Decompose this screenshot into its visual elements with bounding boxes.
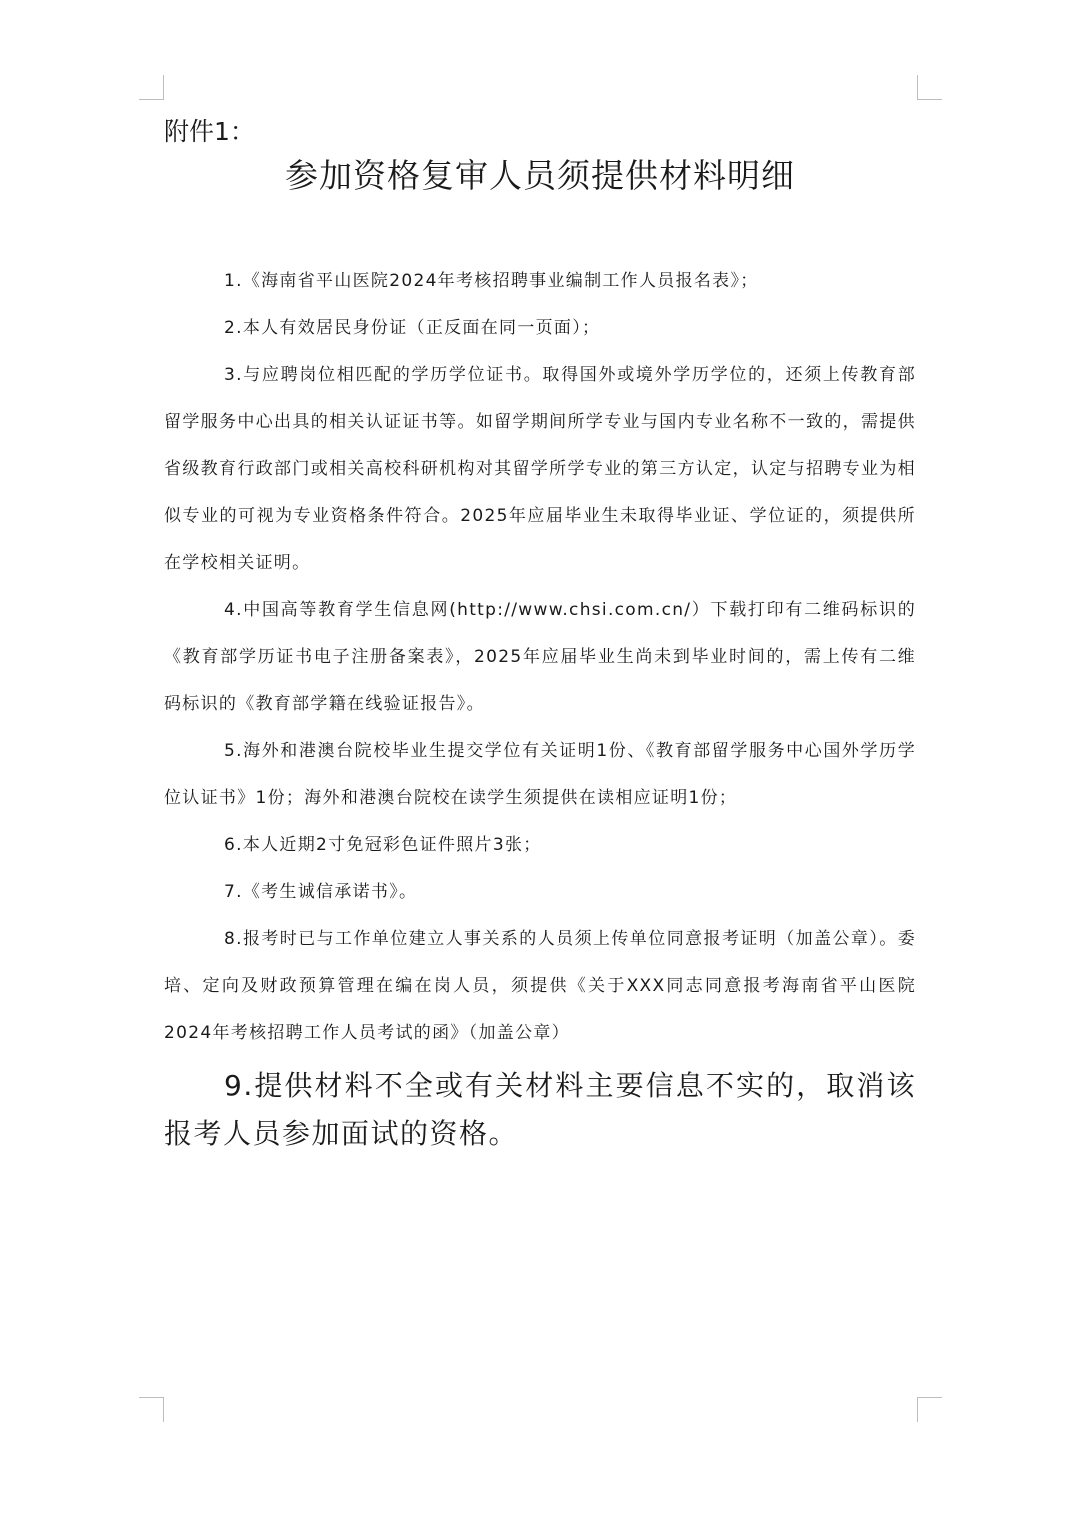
list-item: 6.本人近期2寸免冠彩色证件照片3张；	[164, 822, 916, 869]
page-corner-mark-bottom-right	[917, 1397, 942, 1422]
list-item: 4.中国高等教育学生信息网(http://www.chsi.com.cn/）下载…	[164, 587, 916, 728]
page-corner-mark-top-left	[139, 75, 164, 100]
list-item: 2.本人有效居民身份证（正反面在同一页面）；	[164, 305, 916, 352]
page-corner-mark-top-right	[917, 75, 942, 100]
list-item-emphasis: 9.提供材料不全或有关材料主要信息不实的，取消该报考人员参加面试的资格。	[164, 1062, 916, 1158]
attachment-label: 附件1：	[164, 112, 255, 148]
list-item: 7.《考生诚信承诺书》。	[164, 869, 916, 916]
document-title: 参加资格复审人员须提供材料明细	[0, 150, 1080, 197]
document-body: 1.《海南省平山医院2024年考核招聘事业编制工作人员报名表》； 2.本人有效居…	[164, 258, 916, 1158]
list-item: 5.海外和港澳台院校毕业生提交学位有关证明1份、《教育部留学服务中心国外学历学位…	[164, 728, 916, 822]
list-item: 1.《海南省平山医院2024年考核招聘事业编制工作人员报名表》；	[164, 258, 916, 305]
page-corner-mark-bottom-left	[139, 1397, 164, 1422]
list-item: 3.与应聘岗位相匹配的学历学位证书。取得国外或境外学历学位的，还须上传教育部留学…	[164, 352, 916, 587]
list-item: 8.报考时已与工作单位建立人事关系的人员须上传单位同意报考证明（加盖公章）。委培…	[164, 916, 916, 1057]
